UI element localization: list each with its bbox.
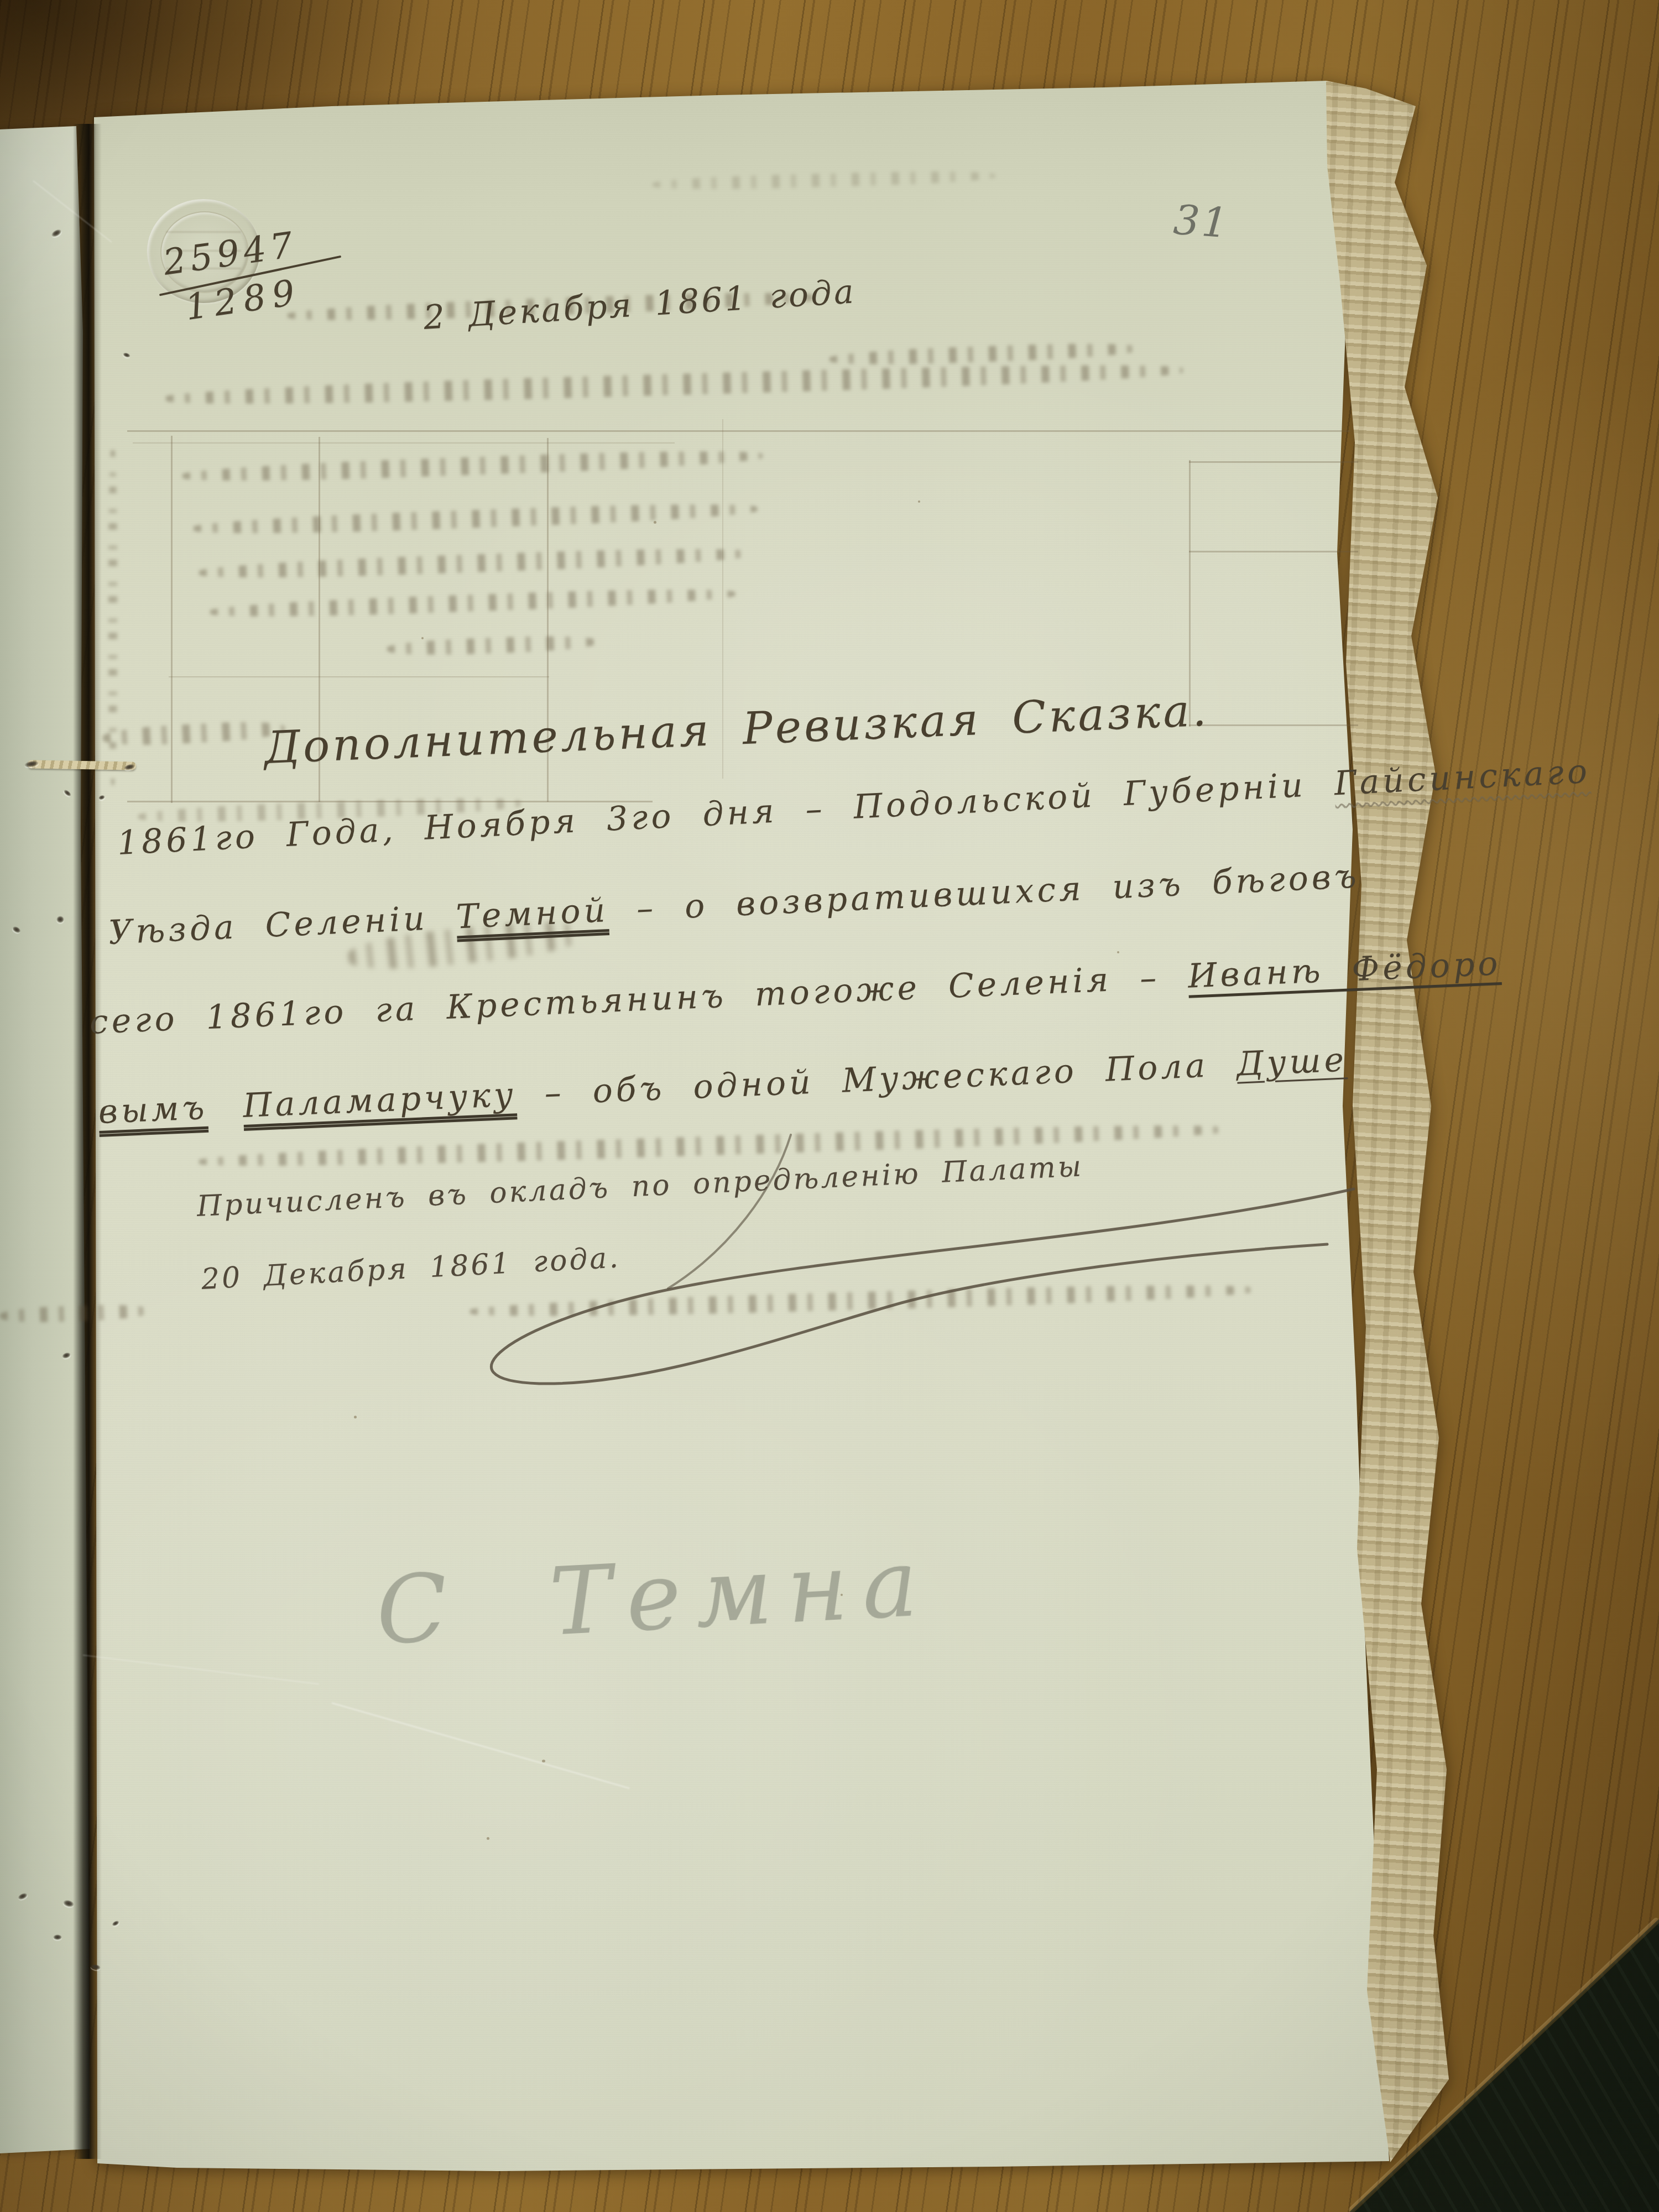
flourish-stroke — [491, 1189, 1354, 1384]
paper-speck — [841, 1594, 843, 1596]
stitch-hole — [56, 916, 64, 923]
flourish-descender — [668, 1135, 791, 1288]
stitch-hole — [53, 1934, 62, 1940]
photo-of-archival-document: { "document": { "archive_number": { "num… — [0, 0, 1659, 2212]
paper-speck — [542, 1760, 545, 1762]
paper-speck — [1117, 951, 1119, 953]
paper-speck — [654, 521, 656, 524]
paper-speck — [487, 1837, 489, 1840]
paper-speck — [421, 637, 424, 639]
signature-flourish — [0, 0, 1659, 2212]
paper-speck — [354, 1416, 357, 1418]
paper-speck — [918, 500, 920, 503]
